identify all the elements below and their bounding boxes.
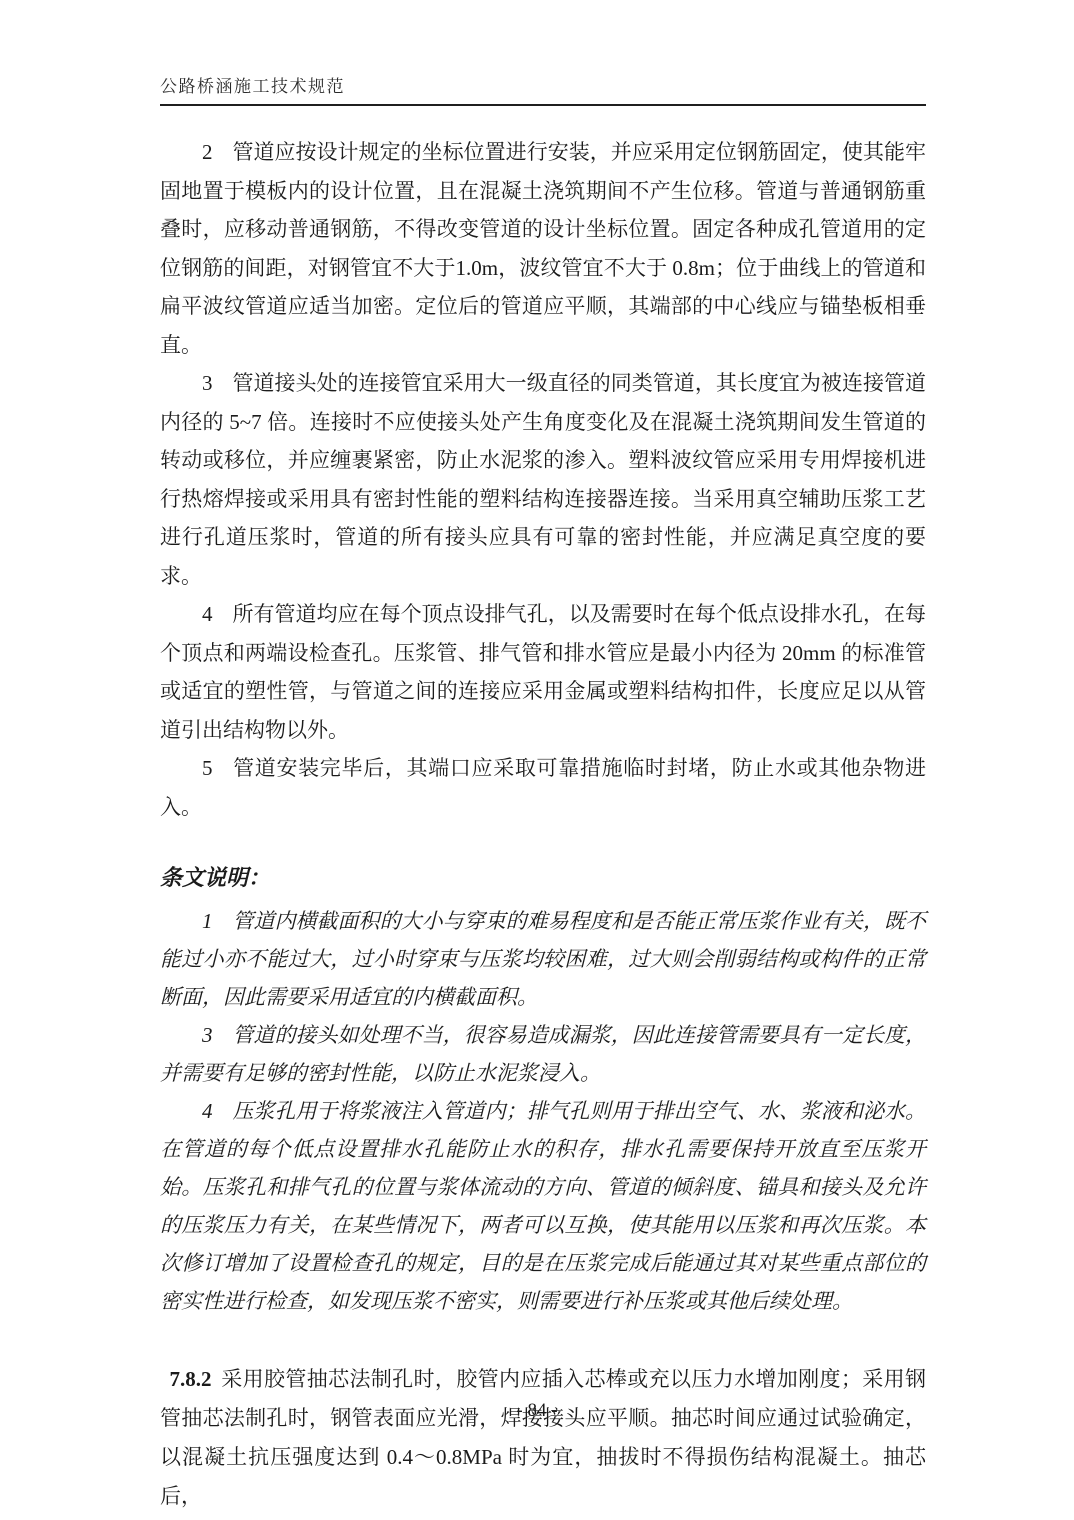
commentary-item-4: 4压浆孔用于将浆液注入管道内；排气孔则用于排出空气、水、浆液和泌水。在管道的每个… — [160, 1092, 926, 1320]
clause-4-text: 所有管道均应在每个顶点设排气孔，以及需要时在每个低点设排水孔，在每个顶点和两端设… — [160, 602, 926, 742]
section-7-8-2-number: 7.8.2 — [169, 1367, 211, 1391]
clause-5: 5管道安装完毕后，其端口应采取可靠措施临时封堵，防止水或其他杂物进入。 — [160, 749, 926, 826]
commentary-item-1-text: 管道内横截面积的大小与穿束的难易程度和是否能正常压浆作业有关，既不能过小亦不能过… — [160, 909, 926, 1009]
clause-4-number: 4 — [202, 602, 213, 626]
commentary-item-1-number: 1 — [202, 909, 213, 933]
commentary-item-4-number: 4 — [202, 1099, 213, 1123]
commentary-item-1: 1管道内横截面积的大小与穿束的难易程度和是否能正常压浆作业有关，既不能过小亦不能… — [160, 902, 926, 1016]
section-7-8-2: 7.8.2采用胶管抽芯法制孔时，胶管内应插入芯棒或充以压力水增加刚度；采用钢管抽… — [160, 1360, 926, 1516]
document-page: 公路桥涵施工技术规范 2管道应按设计规定的坐标位置进行安装，并应采用定位钢筋固定… — [0, 0, 1074, 1520]
commentary-label: 条文说明： — [160, 862, 926, 894]
clause-2-text: 管道应按设计规定的坐标位置进行安装，并应采用定位钢筋固定，使其能牢固地置于模板内… — [160, 140, 926, 357]
commentary-item-3-text: 管道的接头如处理不当，很容易造成漏浆，因此连接管需要具有一定长度，并需要有足够的… — [160, 1023, 926, 1085]
clause-3: 3管道接头处的连接管宜采用大一级直径的同类管道，其长度宜为被连接管道内径的 5~… — [160, 364, 926, 595]
clause-3-text: 管道接头处的连接管宜采用大一级直径的同类管道，其长度宜为被连接管道内径的 5~7… — [160, 371, 926, 588]
clause-2-number: 2 — [202, 140, 213, 164]
clause-5-number: 5 — [202, 756, 213, 780]
section-7-8-2-text: 采用胶管抽芯法制孔时，胶管内应插入芯棒或充以压力水增加刚度；采用钢管抽芯法制孔时… — [160, 1367, 926, 1508]
commentary-item-3-number: 3 — [202, 1023, 213, 1047]
clause-2: 2管道应按设计规定的坐标位置进行安装，并应采用定位钢筋固定，使其能牢固地置于模板… — [160, 133, 926, 364]
clause-5-text: 管道安装完毕后，其端口应采取可靠措施临时封堵，防止水或其他杂物进入。 — [160, 756, 926, 819]
header-title: 公路桥涵施工技术规范 — [160, 77, 345, 96]
clause-4: 4所有管道均应在每个顶点设排气孔，以及需要时在每个低点设排水孔，在每个顶点和两端… — [160, 595, 926, 749]
page-header: 公路桥涵施工技术规范 — [160, 72, 926, 106]
commentary-item-3: 3管道的接头如处理不当，很容易造成漏浆，因此连接管需要具有一定长度，并需要有足够… — [160, 1016, 926, 1092]
page-number: - 84 - — [0, 1400, 1074, 1422]
clause-3-number: 3 — [202, 371, 213, 395]
commentary-item-4-text: 压浆孔用于将浆液注入管道内；排气孔则用于排出空气、水、浆液和泌水。在管道的每个低… — [160, 1099, 926, 1313]
page-content: 2管道应按设计规定的坐标位置进行安装，并应采用定位钢筋固定，使其能牢固地置于模板… — [160, 133, 926, 1516]
